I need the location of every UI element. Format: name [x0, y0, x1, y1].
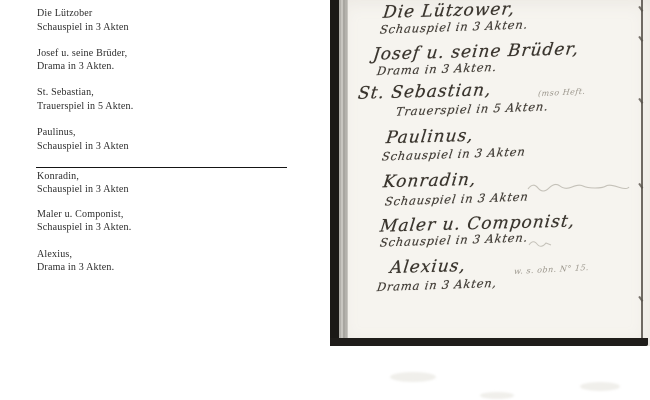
- pencil-mark: [527, 238, 553, 248]
- entry-title: Alexius,: [37, 249, 72, 260]
- handwritten-title: Alexius,: [389, 256, 467, 278]
- page-margin-rule: [641, 0, 643, 338]
- handwritten-title: Konradin,: [382, 170, 478, 193]
- entry-title: St. Sebastian,: [37, 87, 94, 98]
- entry-subtitle: Schauspiel in 3 Akten: [37, 22, 129, 33]
- entry-subtitle: Schauspiel in 3 Akten: [37, 141, 129, 152]
- entry-title: Konradin,: [37, 171, 79, 182]
- scan-bottom-edge: [330, 338, 648, 346]
- scan-stain: [390, 372, 436, 382]
- handwritten-title: Paulinus,: [385, 126, 475, 148]
- entry-subtitle: Schauspiel in 3 Akten.: [37, 222, 131, 233]
- divider-line: [36, 167, 287, 168]
- scan-gutter-shadow: [339, 0, 348, 340]
- scan-stain: [580, 382, 620, 391]
- pencil-scribble: [526, 180, 644, 194]
- entry-title: Paulinus,: [37, 127, 76, 138]
- entry-subtitle: Drama in 3 Akten.: [37, 61, 114, 72]
- entry-title: Maler u. Componist,: [37, 209, 124, 220]
- entry-title: Die Lützober: [37, 8, 92, 19]
- manuscript-scan: Die Lützower, Schauspiel in 3 Akten. Jos…: [330, 0, 650, 400]
- scan-gutter-edge: [330, 0, 339, 346]
- entry-subtitle: Schauspiel in 3 Akten: [37, 184, 129, 195]
- entry-title: Josef u. seine Brüder,: [37, 48, 127, 59]
- entry-subtitle: Trauerspiel in 5 Akten.: [37, 101, 133, 112]
- entry-subtitle: Drama in 3 Akten.: [37, 262, 114, 273]
- scan-stain: [480, 392, 514, 399]
- document-view: Die Lützober Schauspiel in 3 Akten Josef…: [0, 0, 650, 400]
- handwritten-title: St. Sebastian,: [357, 80, 493, 104]
- transcription-pane: Die Lützober Schauspiel in 3 Akten Josef…: [0, 0, 310, 400]
